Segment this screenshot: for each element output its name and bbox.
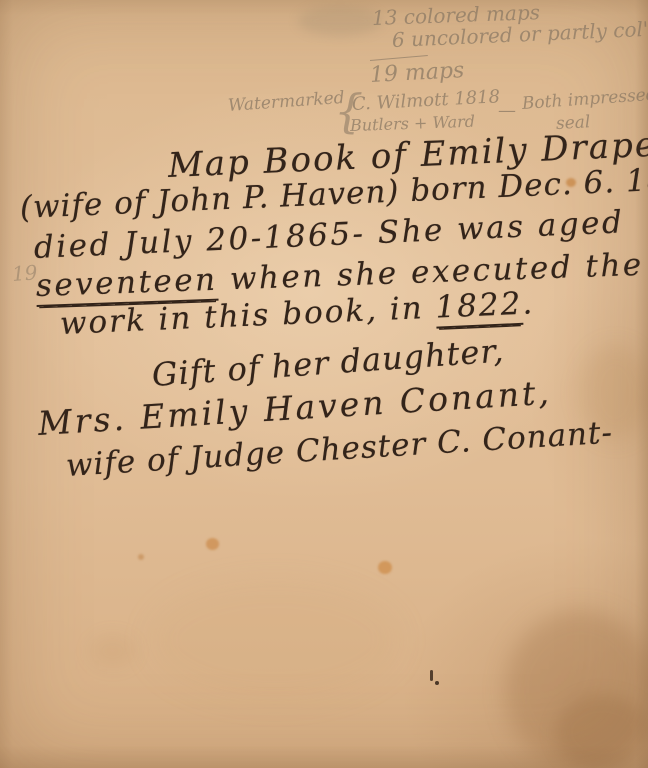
stain-smudge-top (298, 6, 382, 36)
pencil-watermark-label: Watermarked (227, 88, 345, 116)
stain-foxing-dot (378, 561, 392, 574)
inscription-line5-post: . (522, 285, 535, 321)
pencil-watermark-name-2: Butlers + Ward (350, 112, 476, 135)
pencil-dash: — (498, 100, 516, 121)
pencil-watermark-name-1: C. Wilmott 1818 (351, 86, 500, 115)
stain-foxing-dot (206, 538, 219, 550)
ink-speck (430, 670, 433, 681)
stain-mottle-bottom (150, 580, 400, 700)
stain-mottle-left-bottom (90, 635, 135, 667)
pencil-seal-note-1: Both impressed (521, 85, 648, 114)
ink-speck (435, 681, 439, 685)
pencil-note-total-maps: 19 maps (369, 58, 465, 88)
flyleaf-page: 13 colored maps 6 uncolored or partly co… (0, 0, 648, 768)
stain-bottom-right-dark (555, 695, 648, 768)
stain-foxing-dot (138, 554, 144, 560)
underlined-year-1822: 1822 (435, 286, 524, 329)
stain-large-bottom-right (505, 610, 648, 768)
